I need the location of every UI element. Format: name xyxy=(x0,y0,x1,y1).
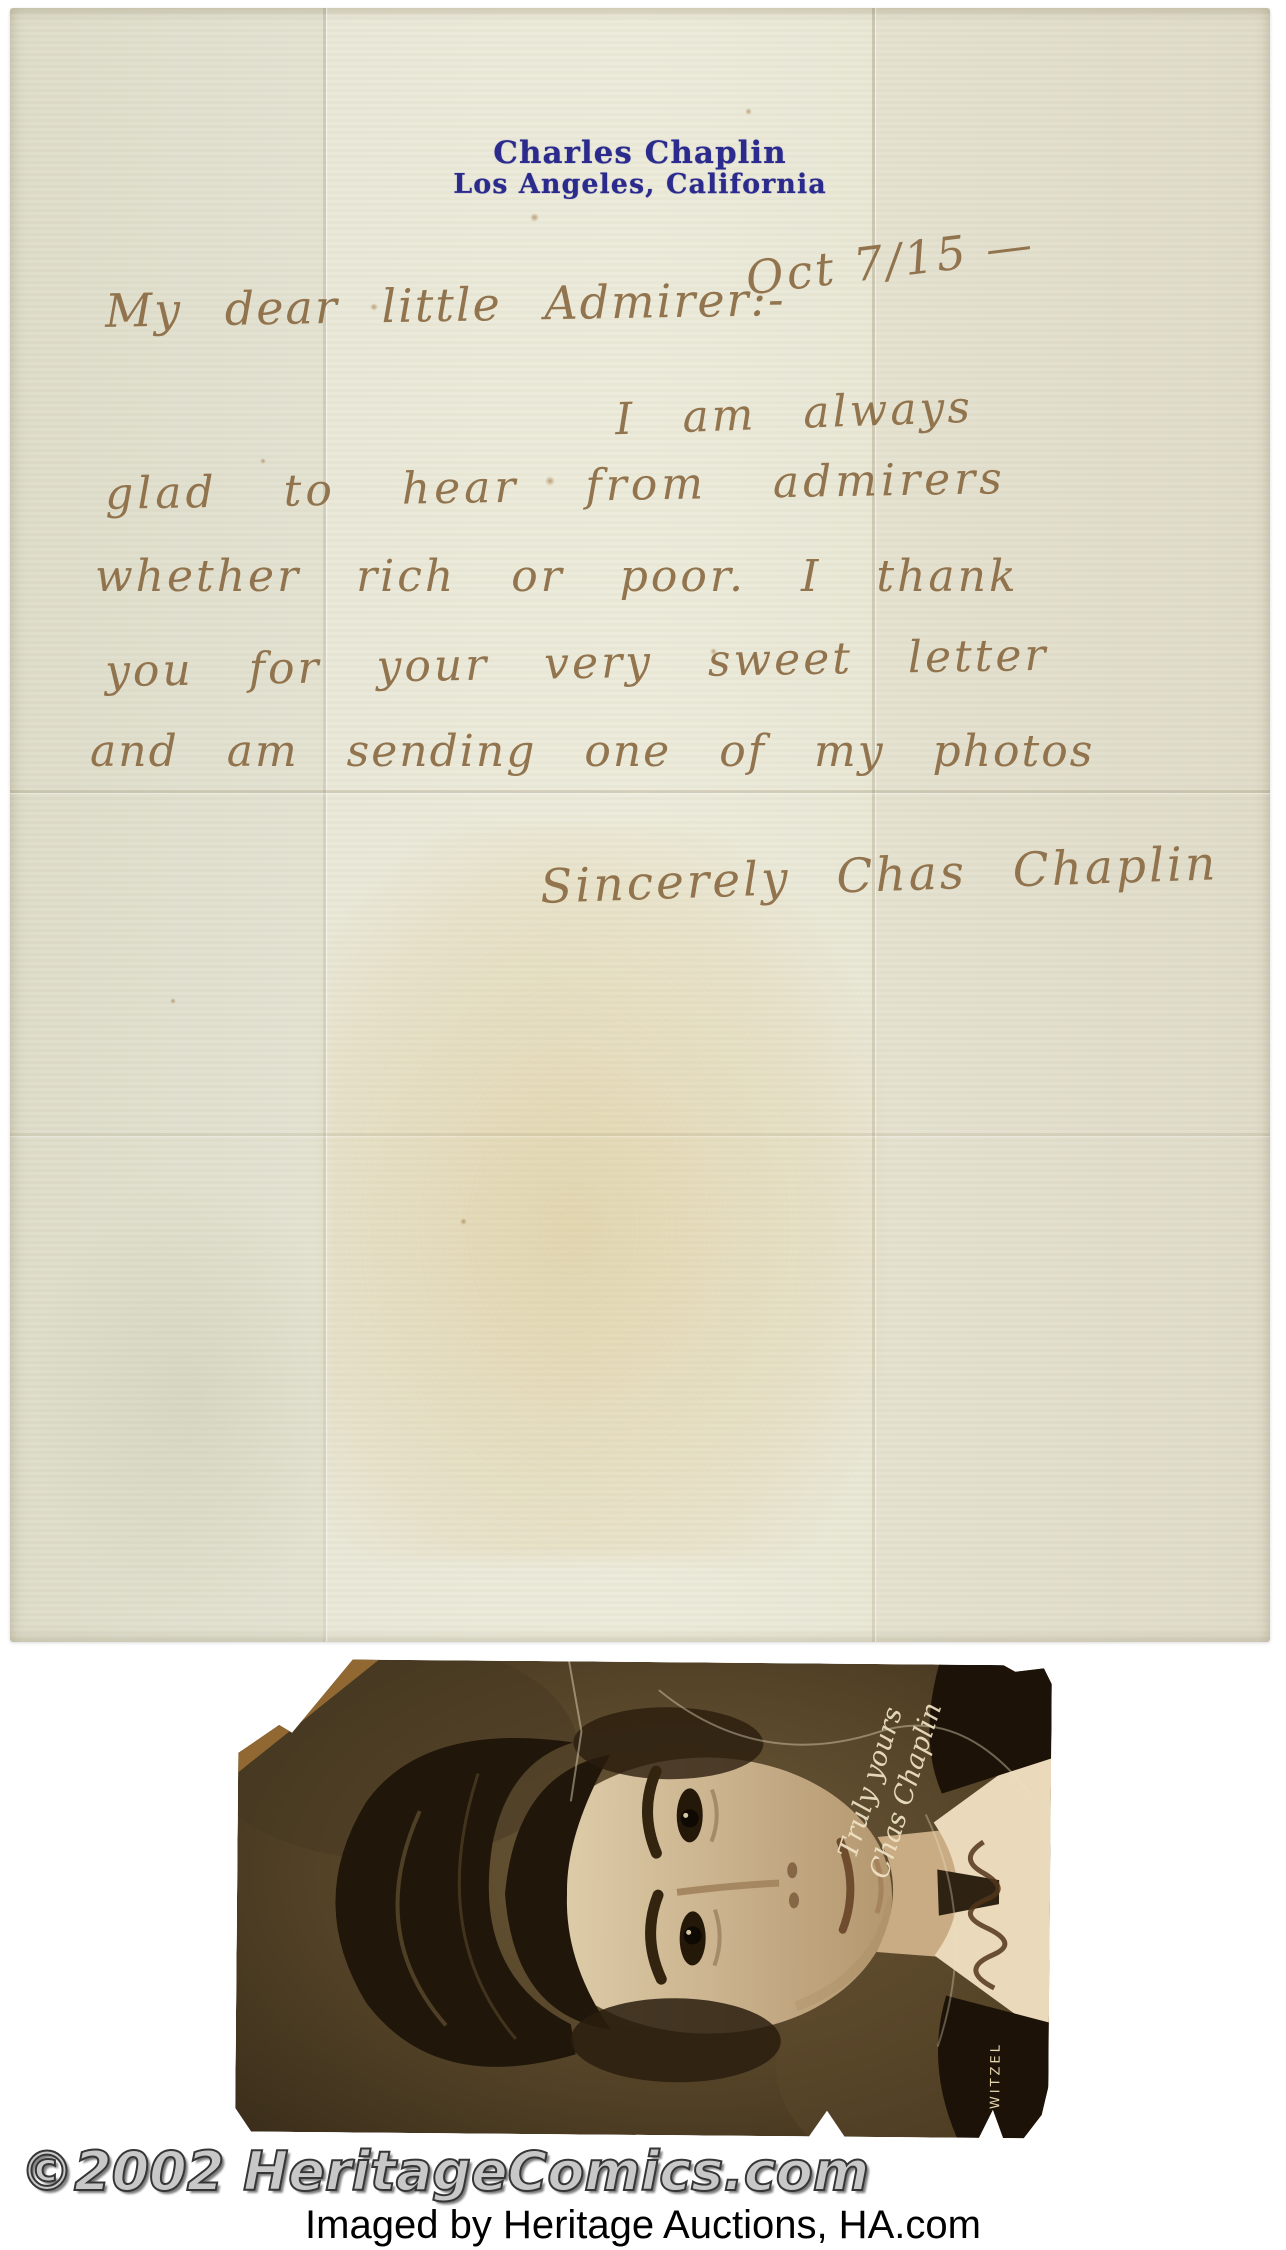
letterhead-name: Charles Chaplin xyxy=(10,136,1270,170)
paper-corner-shading xyxy=(40,1188,340,1608)
letter-paper: Charles Chaplin Los Angeles, California … xyxy=(10,8,1270,1642)
vertical-fold-crease-left xyxy=(323,8,326,1642)
horizontal-fold-crease-lower xyxy=(10,1133,1270,1136)
handwritten-salutation: My dear little Admirer:- xyxy=(105,272,786,338)
copyright-watermark: ©2002 HeritageComics.com xyxy=(20,2140,869,2203)
postcard-portrait-graphic: Truly yours Chas Chaplin WITZEL xyxy=(235,1658,1052,2138)
imaging-credit-line: Imaged by Heritage Auctions, HA.com xyxy=(0,2203,1286,2248)
printed-letterhead: Charles Chaplin Los Angeles, California xyxy=(10,136,1270,200)
foxing-spot xyxy=(170,998,176,1004)
photographer-credit: WITZEL xyxy=(988,2042,1004,2109)
paper-discoloration-stain xyxy=(325,828,880,1558)
letterhead-location: Los Angeles, California xyxy=(10,170,1270,200)
chaplin-photo-postcard: Truly yours Chas Chaplin WITZEL xyxy=(235,1658,1052,2138)
foxing-spot xyxy=(260,458,266,464)
foxing-spot xyxy=(460,1218,467,1225)
handwritten-body-line: whether rich or poor. I thank xyxy=(95,551,1019,602)
auction-scan-page: Charles Chaplin Los Angeles, California … xyxy=(0,0,1286,2250)
handwritten-body-line: and am sending one of my photos xyxy=(90,726,1094,777)
foxing-spot xyxy=(745,108,752,115)
foxing-spot xyxy=(530,213,539,222)
horizontal-fold-crease-upper xyxy=(10,790,1270,793)
